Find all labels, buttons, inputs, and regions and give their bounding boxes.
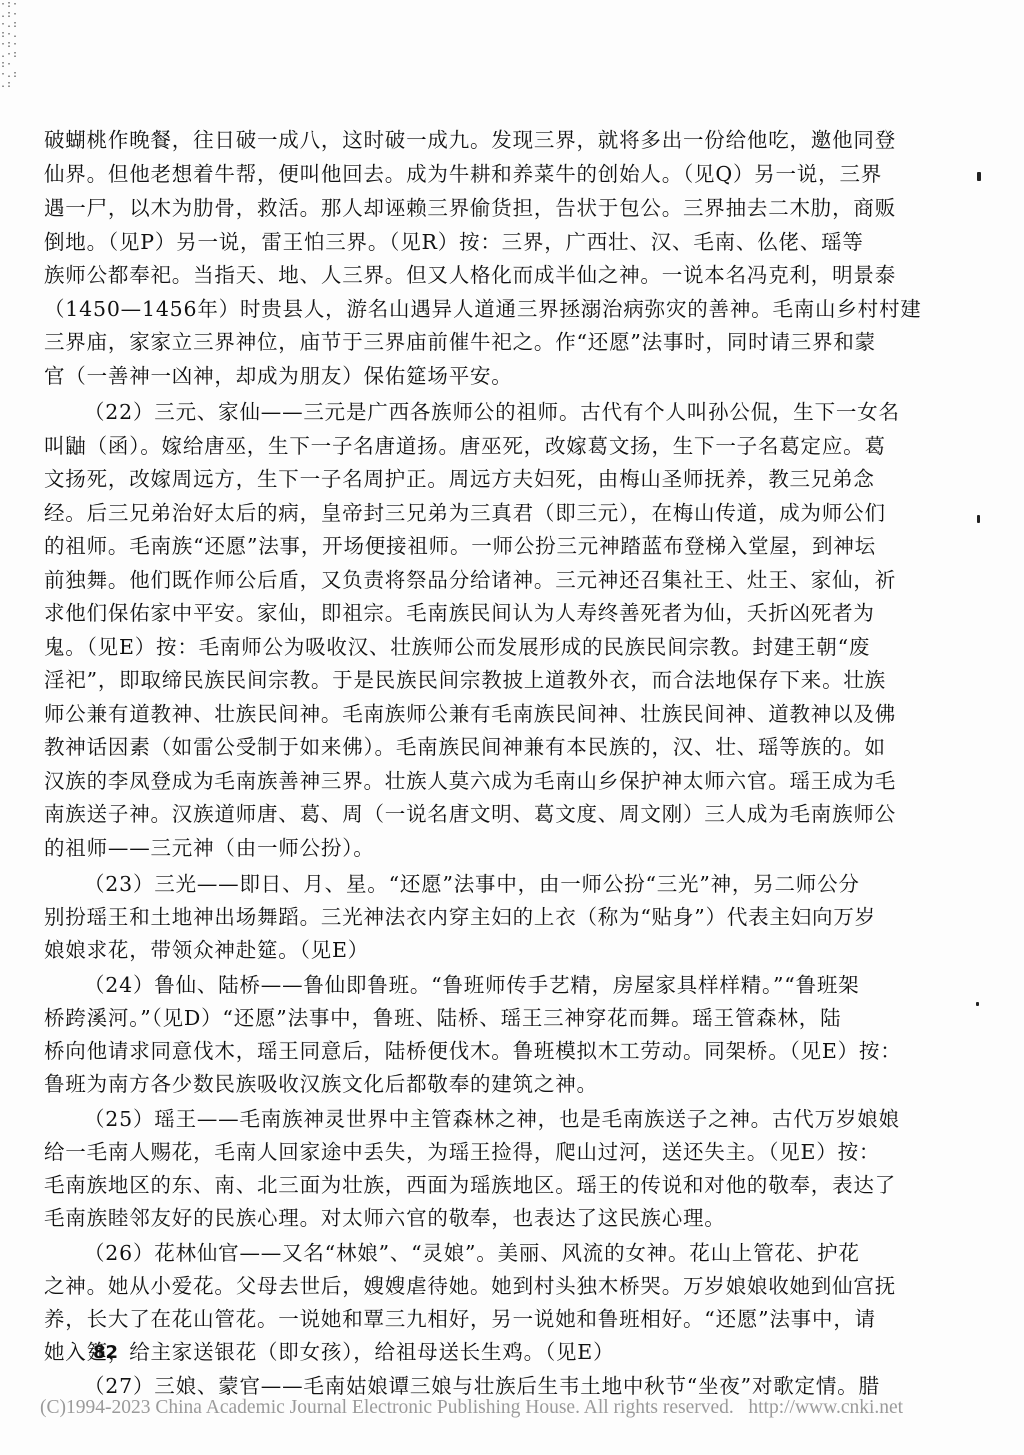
text-line: 她入筵，给主家送银花（即女孩），给祖母送长生鸡。（见E） — [44, 1337, 884, 1367]
text-line: 桥跨溪河。”（见D）“还愿”法事中，鲁班、陆桥、瑶王三神穿花而舞。瑶王管森林，陆 — [44, 1003, 884, 1033]
text-line: 养，长大了在花山管花。一说她和覃三九相好，另一说她和鲁班相好。“还愿”法事中，请 — [44, 1304, 884, 1334]
text-line: 仙界。但他老想着牛帮，便叫他回去。成为牛耕和养菜牛的创始人。（见Q）另一说，三界 — [44, 159, 884, 189]
entry-23-heading-line: （23）三光——即日、月、星。“还愿”法事中，由一师公扮“三光”神，另二师公分 — [84, 869, 884, 899]
page-number: 82 — [93, 1342, 118, 1363]
text-line: 前独舞。他们既作师公后盾，又负责将祭品分给诸神。三元神还召集社王、灶王、家仙，祈 — [44, 565, 884, 595]
text-line: 教神话因素（如雷公受制于如来佛）。毛南族民间神兼有本民族的，汉、壮、瑶等族的。如 — [44, 732, 884, 762]
text-line: 三界庙，家家立三界神位，庙节于三界庙前催牛祀之。作“还愿”法事时，同时请三界和蒙 — [44, 327, 884, 357]
scan-speck — [977, 515, 980, 523]
text-line: 毛南族地区的东、南、北三面为壮族，西面为瑶族地区。瑶王的传说和对他的敬奉，表达了 — [44, 1170, 884, 1200]
text-line: 求他们保佑家中平安。家仙，即祖宗。毛南族民间认为人寿终善死者为仙，夭折凶死者为 — [44, 598, 884, 628]
scan-edge-noise: ·:·.:··.::·.·:·.·::··.:.: — [0, 0, 18, 110]
text-line: 毛南族睦邻友好的民族心理。对太师六官的敬奉，也表达了这民族心理。 — [44, 1203, 884, 1233]
scan-speck — [977, 172, 981, 181]
text-line: 倒地。（见P）另一说，雷王怕三界。（见R）按：三界，广西壮、汉、毛南、仫佬、瑶等 — [44, 227, 884, 257]
entry-25-heading-line: （25）瑶王——毛南族神灵世界中主管森林之神，也是毛南族送子之神。古代万岁娘娘 — [84, 1104, 884, 1134]
text-line: 淫祀”，即取缔民族民间宗教。于是民族民间宗教披上道教外衣，而合法地保存下来。壮族 — [44, 665, 884, 695]
text-line: 族师公都奉祀。当指天、地、人三界。但又人格化而成半仙之神。一说本名冯克利，明景泰 — [44, 260, 884, 290]
text-line: 之神。她从小爱花。父母去世后，嫂嫂虐待她。她到村头独木桥哭。万岁娘娘收她到仙宫抚 — [44, 1271, 884, 1301]
text-line: 的祖师——三元神（由一师公扮）。 — [44, 833, 884, 863]
copyright-footer: (C)1994-2023 China Academic Journal Elec… — [40, 1397, 1000, 1419]
text-line: 破蝴桃作晚餐，往日破一成八，这时破一成九。发现三界，就将多出一份给他吃，邀他同登 — [44, 125, 884, 155]
text-line: 鲁班为南方各少数民族吸收汉族文化后都敬奉的建筑之神。 — [44, 1069, 884, 1099]
text-line: 师公兼有道教神、壮族民间神。毛南族师公兼有毛南族民间神、壮族民间神、道教神以及佛 — [44, 699, 884, 729]
text-line: 桥向他请求同意伐木，瑶王同意后，陆桥便伐木。鲁班模拟木工劳动。同架桥。（见E）按… — [44, 1036, 884, 1066]
text-line: 娘娘求花，带领众神赴筵。（见E） — [44, 935, 884, 965]
text-line: 别扮瑶王和土地神出场舞蹈。三光神法衣内穿主妇的上衣（称为“贴身”）代表主妇向万岁 — [44, 902, 884, 932]
text-line: 汉族的李凤登成为毛南族善神三界。壮族人莫六成为毛南山乡保护神太师六官。瑶王成为毛 — [44, 766, 884, 796]
entry-26-heading-line: （26）花林仙官——又名“林娘”、“灵娘”。美丽、风流的女神。花山上管花、护花 — [84, 1238, 884, 1268]
text-line: 文扬死，改嫁周远方，生下一子名周护正。周远方夫妇死，由梅山圣师抚养，教三兄弟念 — [44, 464, 884, 494]
entry-24-heading-line: （24）鲁仙、陆桥——鲁仙即鲁班。“鲁班师传手艺精，房屋家具样样精。”“鲁班架 — [84, 970, 884, 1000]
entry-22-heading-line: （22）三元、家仙——三元是广西各族师公的祖师。古代有个人叫孙公侃，生下一女名 — [84, 397, 884, 427]
scanned-page: ·:·.:··.::·.·:·.·::··.:.: 破蝴桃作晚餐，往日破一成八，… — [0, 0, 1024, 1455]
text-line: 遇一尸，以木为肋骨，救活。那人却诬赖三界偷货担，告状于包公。三界抽去二木肋，商贩 — [44, 193, 884, 223]
text-line: 经。后三兄弟治好太后的病，皇帝封三兄弟为三真君（即三元），在梅山传道，成为师公们 — [44, 498, 884, 528]
text-line: （1450—1456年）时贵县人，游名山遇异人道通三界拯溺治病弥灾的善神。毛南山… — [44, 294, 884, 324]
text-line: 给一毛南人赐花，毛南人回家途中丢失，为瑶王捡得，爬山过河，送还失主。（见E）按： — [44, 1137, 884, 1167]
text-line: 鬼。（见E）按：毛南师公为吸收汉、壮族师公而发展形成的民族民间宗教。封建王朝“废 — [44, 632, 884, 662]
text-line: 的祖师。毛南族“还愿”法事，开场便接祖师。一师公扮三元神踏蓝布登梯入堂屋，到神坛 — [44, 531, 884, 561]
scan-speck — [976, 1002, 979, 1006]
text-line: 官（一善神一凶神，却成为朋友）保佑筵场平安。 — [44, 361, 884, 391]
text-line: 南族送子神。汉族道师唐、葛、周（一说名唐文明、葛文度、周文刚）三人成为毛南族师公 — [44, 799, 884, 829]
text-line: 叫鼬（函）。嫁给唐巫，生下一子名唐道扬。唐巫死，改嫁葛文扬，生下一子名葛定应。葛 — [44, 431, 884, 461]
